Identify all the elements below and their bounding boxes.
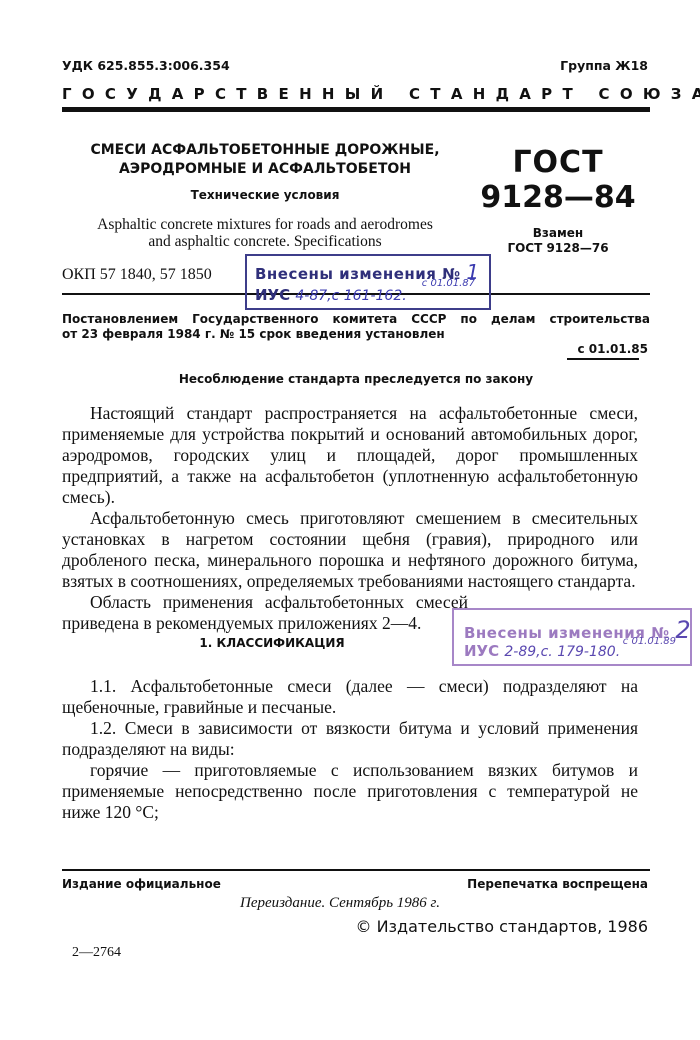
- amendment-stamp-1: Внесены изменения № 1 с 01.01.87 ИУС 4-8…: [245, 254, 491, 310]
- gost-number: 9128—84: [478, 180, 638, 215]
- effective-date-rule: [567, 358, 639, 360]
- gost-label: ГОСТ: [508, 145, 608, 180]
- section-heading: 1. КЛАССИФИКАЦИЯ: [62, 636, 482, 650]
- official-edition: Издание официальное: [62, 877, 221, 891]
- clause-paragraph: 1.2. Смеси в зависимости от вязкости бит…: [62, 718, 638, 760]
- header-rule: [62, 107, 650, 112]
- section-1-text: 1.1. Асфальтобетонные смеси (далее — сме…: [62, 676, 638, 823]
- udk-code: УДК 625.855.3:006.354: [62, 58, 230, 73]
- english-title-line-2: and asphaltic concrete. Specifications: [70, 233, 460, 250]
- clause-paragraph: горячие — приготовляемые с использование…: [62, 760, 638, 823]
- reissue-note: Переиздание. Сентябрь 1986 г.: [240, 895, 440, 912]
- footer-rule: [62, 869, 650, 871]
- replaces-block: Взамен ГОСТ 9128—76: [478, 226, 638, 256]
- english-title: Asphaltic concrete mixtures for roads an…: [70, 216, 460, 250]
- document-title: СМЕСИ АСФАЛЬТОБЕТОННЫЕ ДОРОЖНЫЕ, АЭРОДРО…: [70, 141, 460, 179]
- okp-codes: ОКП 57 1840, 57 1850: [62, 266, 212, 284]
- reprint-notice: Перепечатка воспрещена: [467, 877, 648, 891]
- decree-line-1: Постановлением Государственного комитета…: [62, 311, 650, 327]
- title-line-2: АЭРОДРОМНЫЕ И АСФАЛЬТОБЕТОН: [70, 160, 460, 179]
- stamp-1-handwritten: 4-87,с 161-162.: [295, 288, 406, 304]
- stamp-2-number: 2: [675, 616, 691, 644]
- intro-paragraph: Настоящий стандарт распространяется на а…: [62, 403, 638, 508]
- effective-date: с 01.01.85: [577, 342, 648, 356]
- decree-line-2: от 23 февраля 1984 г. № 15 срок введения…: [62, 327, 445, 341]
- english-title-line-1: Asphaltic concrete mixtures for roads an…: [70, 216, 460, 233]
- document-subtitle: Технические условия: [70, 188, 460, 202]
- publication-code: 2—2764: [72, 945, 121, 961]
- state-standard-banner: ГОСУДАРСТВЕННЫЙ СТАНДАРТ СОЮЗА ССР: [62, 85, 650, 103]
- clause-paragraph: 1.1. Асфальтобетонные смеси (далее — сме…: [62, 676, 638, 718]
- intro-paragraph: Асфальтобетонную смесь приготовляют смеш…: [62, 508, 638, 592]
- group-code: Группа Ж18: [560, 58, 648, 73]
- stamp-2-date: с 01.01.89: [623, 636, 676, 647]
- stamp-1-date: с 01.01.87: [422, 278, 475, 289]
- replaces-value: ГОСТ 9128—76: [478, 241, 638, 256]
- stamp-1-ius: ИУС: [255, 286, 290, 304]
- intro-text: Настоящий стандарт распространяется на а…: [62, 403, 638, 634]
- replaces-label: Взамен: [478, 226, 638, 241]
- stamp-2-handwritten: 2-89,с. 179-180.: [504, 644, 620, 660]
- publisher-copyright: © Издательство стандартов, 1986: [355, 917, 648, 936]
- amendment-stamp-2: Внесены изменения № 2 с 01.01.89 ИУС 2-8…: [452, 608, 692, 666]
- title-line-1: СМЕСИ АСФАЛЬТОБЕТОННЫЕ ДОРОЖНЫЕ,: [70, 141, 460, 160]
- law-notice: Несоблюдение стандарта преследуется по з…: [62, 372, 650, 386]
